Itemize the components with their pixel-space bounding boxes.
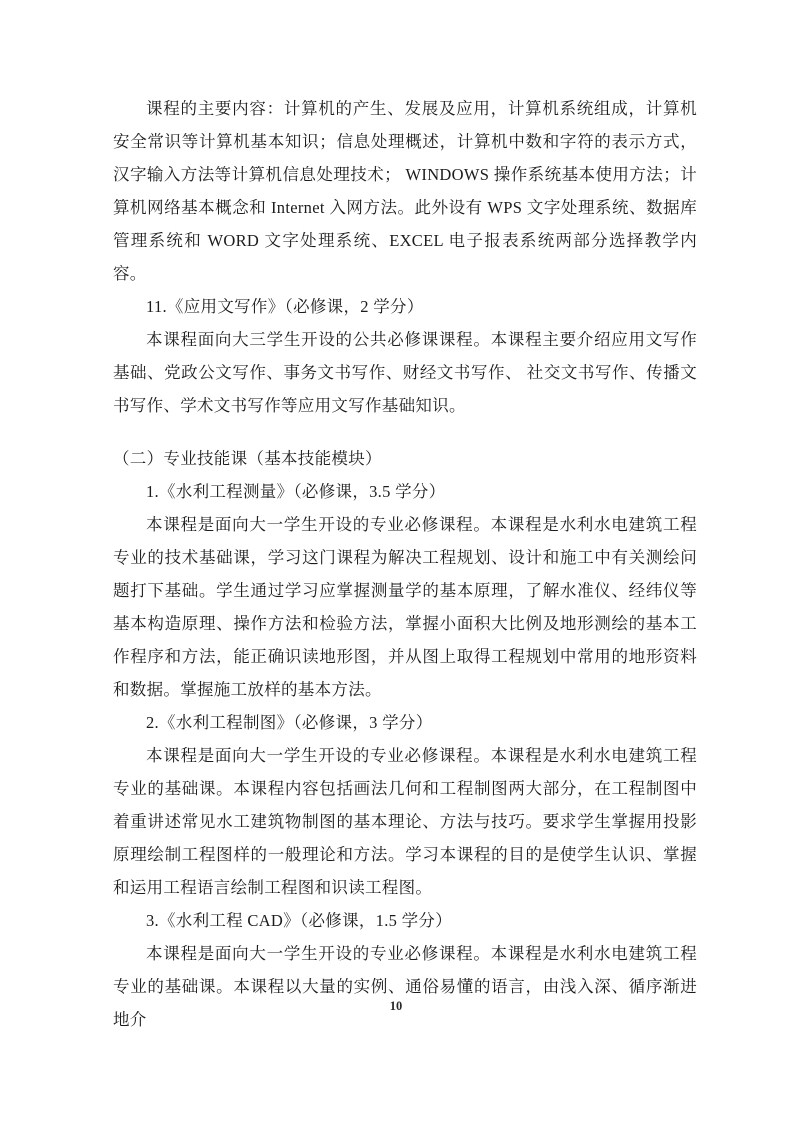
paragraph-drafting-desc: 本课程是面向大一学生开设的专业必修课程。本课程是水利水电建筑工程专业的基础课。本… [113,739,697,904]
course-title-cad: 3.《水利工程 CAD》（必修课，1.5 学分） [113,904,697,937]
paragraph-course-content: 课程的主要内容：计算机的产生、发展及应用，计算机系统组成，计算机安全常识等计算机… [113,92,697,290]
course-title-drafting: 2.《水利工程制图》（必修课，3 学分） [113,706,697,739]
course-title-applied-writing: 11.《应用文写作》（必修课，2 学分） [113,290,697,323]
document-content: 课程的主要内容：计算机的产生、发展及应用，计算机系统组成，计算机安全常识等计算机… [113,92,697,1036]
paragraph-surveying-desc: 本课程是面向大一学生开设的专业必修课程。本课程是水利水电建筑工程专业的技术基础课… [113,508,697,706]
course-title-surveying: 1.《水利工程测量》（必修课，3.5 学分） [113,475,697,508]
document-page: 课程的主要内容：计算机的产生、发展及应用，计算机系统组成，计算机安全常识等计算机… [0,0,792,1122]
section-heading-professional-skills: （二）专业技能课（基本技能模块） [113,442,697,475]
paragraph-cad-desc: 本课程是面向大一学生开设的专业必修课程。本课程是水利水电建筑工程专业的基础课。本… [113,937,697,1036]
paragraph-applied-writing-desc: 本课程面向大三学生开设的公共必修课课程。本课程主要介绍应用文写作基础、党政公文写… [113,323,697,422]
page-number: 10 [0,999,792,1014]
